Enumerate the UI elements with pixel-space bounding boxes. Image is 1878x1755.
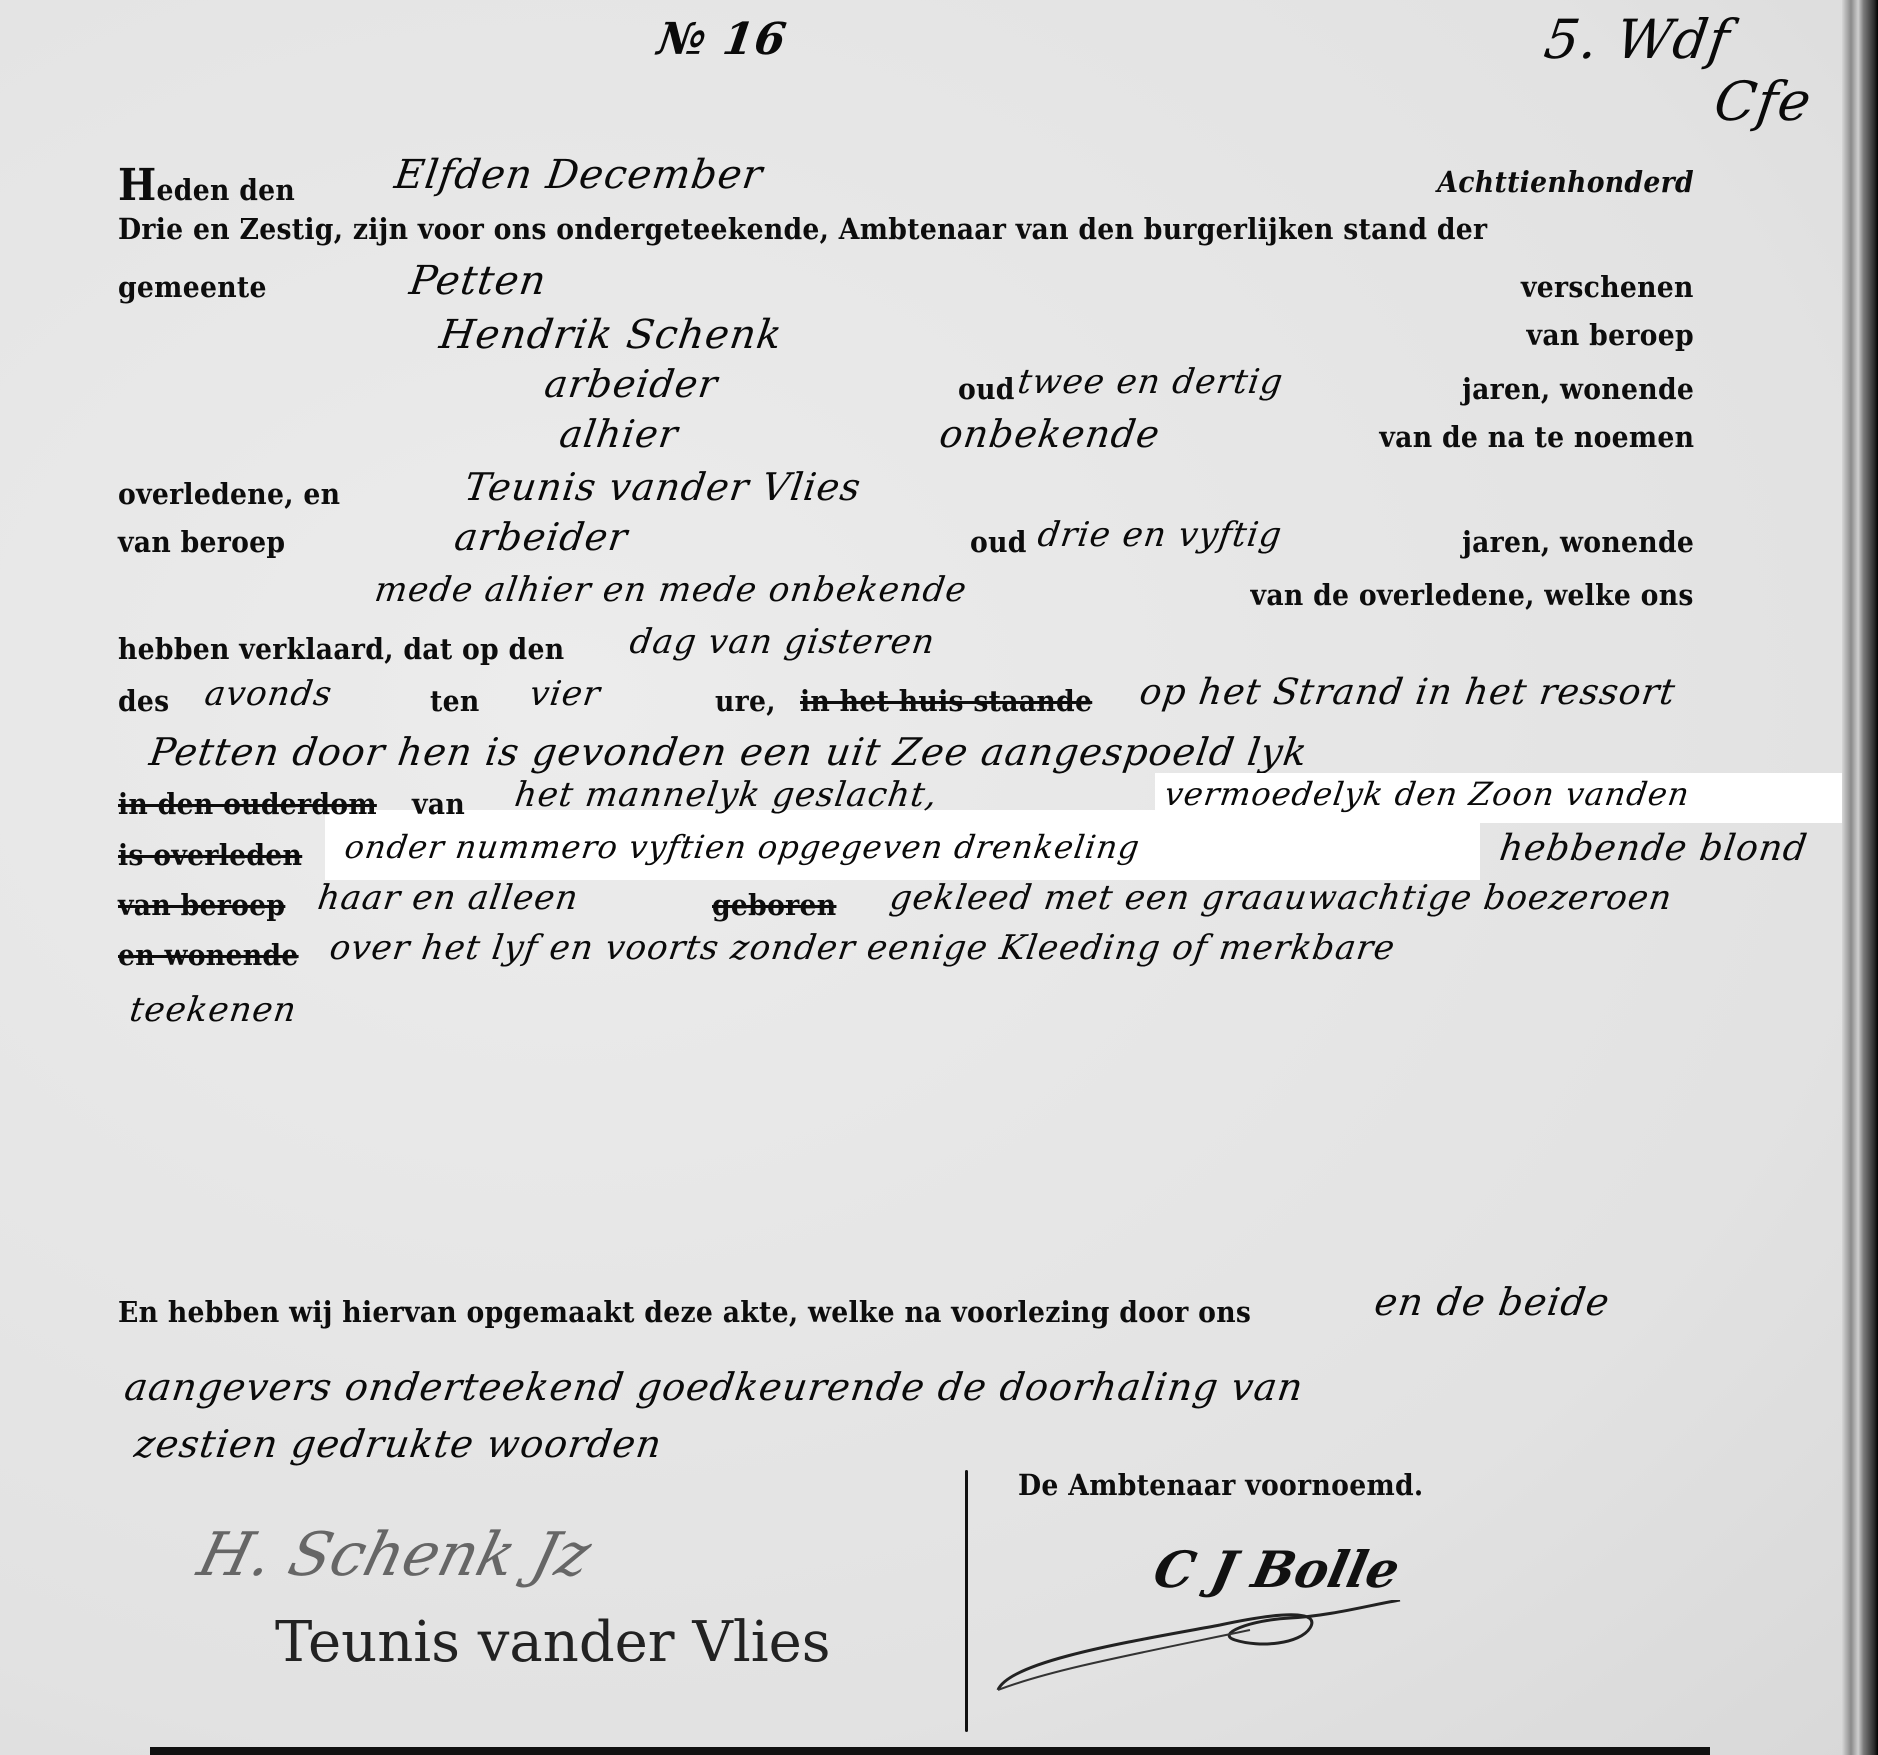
handwritten-closing-1: en de beide: [1372, 1280, 1613, 1324]
printed-year-prefix: Achttienhonderd: [1437, 165, 1694, 199]
printed-year-suffix: Drie en Zestig: [118, 212, 334, 246]
handwritten-found-body: Petten door hen is gevonden een uit Zee …: [147, 730, 1311, 774]
page-edge: [1842, 0, 1878, 1755]
struck-in-den-ouderdom: in den ouderdom: [118, 787, 377, 821]
handwritten-identity-note: vermoedelyk den Zoon vanden: [1162, 775, 1692, 813]
printed-gemeente: gemeente: [118, 270, 267, 304]
handwritten-hour: vier: [527, 674, 603, 714]
printed-van-de-overledene: van de overledene, welke ons: [1251, 578, 1694, 612]
handwritten-date: Elfden December: [392, 152, 766, 198]
handwritten-sex: het mannelyk geslacht,: [512, 775, 940, 815]
printed-overledene-en: overledene, en: [118, 477, 340, 511]
printed-oud-2: oud: [970, 525, 1027, 559]
printed-des: des: [118, 684, 169, 718]
printed-van-de-na-te-noemen: van de na te noemen: [1379, 420, 1694, 454]
printed-ure: ure,: [715, 684, 776, 718]
handwritten-municipality: Petten: [407, 258, 550, 304]
printed-official-label: De Ambtenaar voornoemd.: [1018, 1468, 1423, 1502]
printed-van: van: [412, 787, 465, 821]
printed-ten: ten: [430, 684, 480, 718]
printed-verschenen: verschenen: [1521, 270, 1694, 304]
handwritten-declarant-1-age: twee en dertig: [1015, 362, 1286, 402]
printed-oud: oud: [958, 372, 1015, 406]
certificate-number: № 16: [654, 14, 790, 65]
handwritten-closing-3: zestien gedrukte woorden: [132, 1422, 665, 1466]
printed-line-2-rest: , zijn voor ons ondergeteekende, Ambtena…: [334, 212, 1488, 246]
margin-note-top: 5. Wdf: [1541, 8, 1735, 71]
handwritten-declarant-2-name: Teunis vander Vlies: [462, 465, 864, 509]
handwritten-location: op het Strand in het ressort: [1137, 672, 1678, 713]
handwritten-teekenen: teekenen: [127, 990, 299, 1030]
struck-en-wonende: en wonende: [118, 938, 299, 972]
signature-official: C J Bolle: [1149, 1540, 1405, 1599]
struck-is-overleden: is overleden: [118, 838, 302, 872]
printed-jaren-wonende: jaren, wonende: [1462, 372, 1694, 406]
struck-van-beroep: van beroep: [118, 888, 285, 922]
printed-jaren-wonende-2: jaren, wonende: [1462, 525, 1694, 559]
signature-declarant-2: Teunis vander Vlies: [275, 1610, 831, 1675]
handwritten-clothing: gekleed met een graauwachtige boezeroen: [887, 878, 1675, 918]
margin-note-initials: Cfe: [1711, 70, 1816, 133]
printed-heden-den: Heden den: [118, 160, 295, 211]
signature-divider: [965, 1470, 968, 1732]
printed-van-beroep: van beroep: [1527, 318, 1694, 352]
struck-in-het-huis-staande: in het huis staande: [800, 684, 1092, 718]
handwritten-day: dag van gisteren: [627, 622, 938, 662]
signature-flourish: [990, 1600, 1420, 1700]
handwritten-drowned-ref: onder nummero vyftien opgegeven drenkeli…: [342, 828, 1142, 866]
handwritten-closing-2: aangevers onderteekend goedkeurende de d…: [122, 1365, 1307, 1409]
printed-van-beroep-2: van beroep: [118, 525, 285, 559]
death-certificate-page: № 16 5. Wdf Cfe Heden den Elfden Decembe…: [0, 0, 1878, 1755]
handwritten-declarant-1-occupation: arbeider: [542, 362, 721, 406]
handwritten-declarant-2-residence: mede alhier en mede onbekende: [372, 570, 969, 610]
printed-eden-den: eden den: [157, 173, 296, 207]
initial-h: H: [118, 160, 157, 211]
handwritten-hair-2: haar en alleen: [315, 878, 581, 918]
handwritten-relation-1: onbekende: [937, 412, 1163, 456]
handwritten-hair: hebbende blond: [1497, 828, 1810, 869]
signature-declarant-1: H. Schenk Jz: [191, 1520, 598, 1590]
handwritten-time-of-day: avonds: [202, 674, 335, 714]
printed-closing: En hebben wij hiervan opgemaakt deze akt…: [118, 1295, 1251, 1329]
bottom-rule: [150, 1747, 1710, 1755]
handwritten-clothing-2: over het lyf en voorts zonder eenige Kle…: [327, 928, 1398, 968]
struck-geboren: geboren: [712, 888, 836, 922]
handwritten-declarant-1-name: Hendrik Schenk: [437, 312, 785, 358]
handwritten-declarant-2-age: drie en vyftig: [1035, 515, 1285, 555]
printed-hebben-verklaard: hebben verklaard, dat op den: [118, 632, 564, 666]
printed-line-2: Drie en Zestig, zijn voor ons ondergetee…: [118, 212, 1487, 246]
handwritten-declarant-2-occupation: arbeider: [452, 515, 631, 559]
handwritten-declarant-1-residence: alhier: [557, 412, 681, 456]
